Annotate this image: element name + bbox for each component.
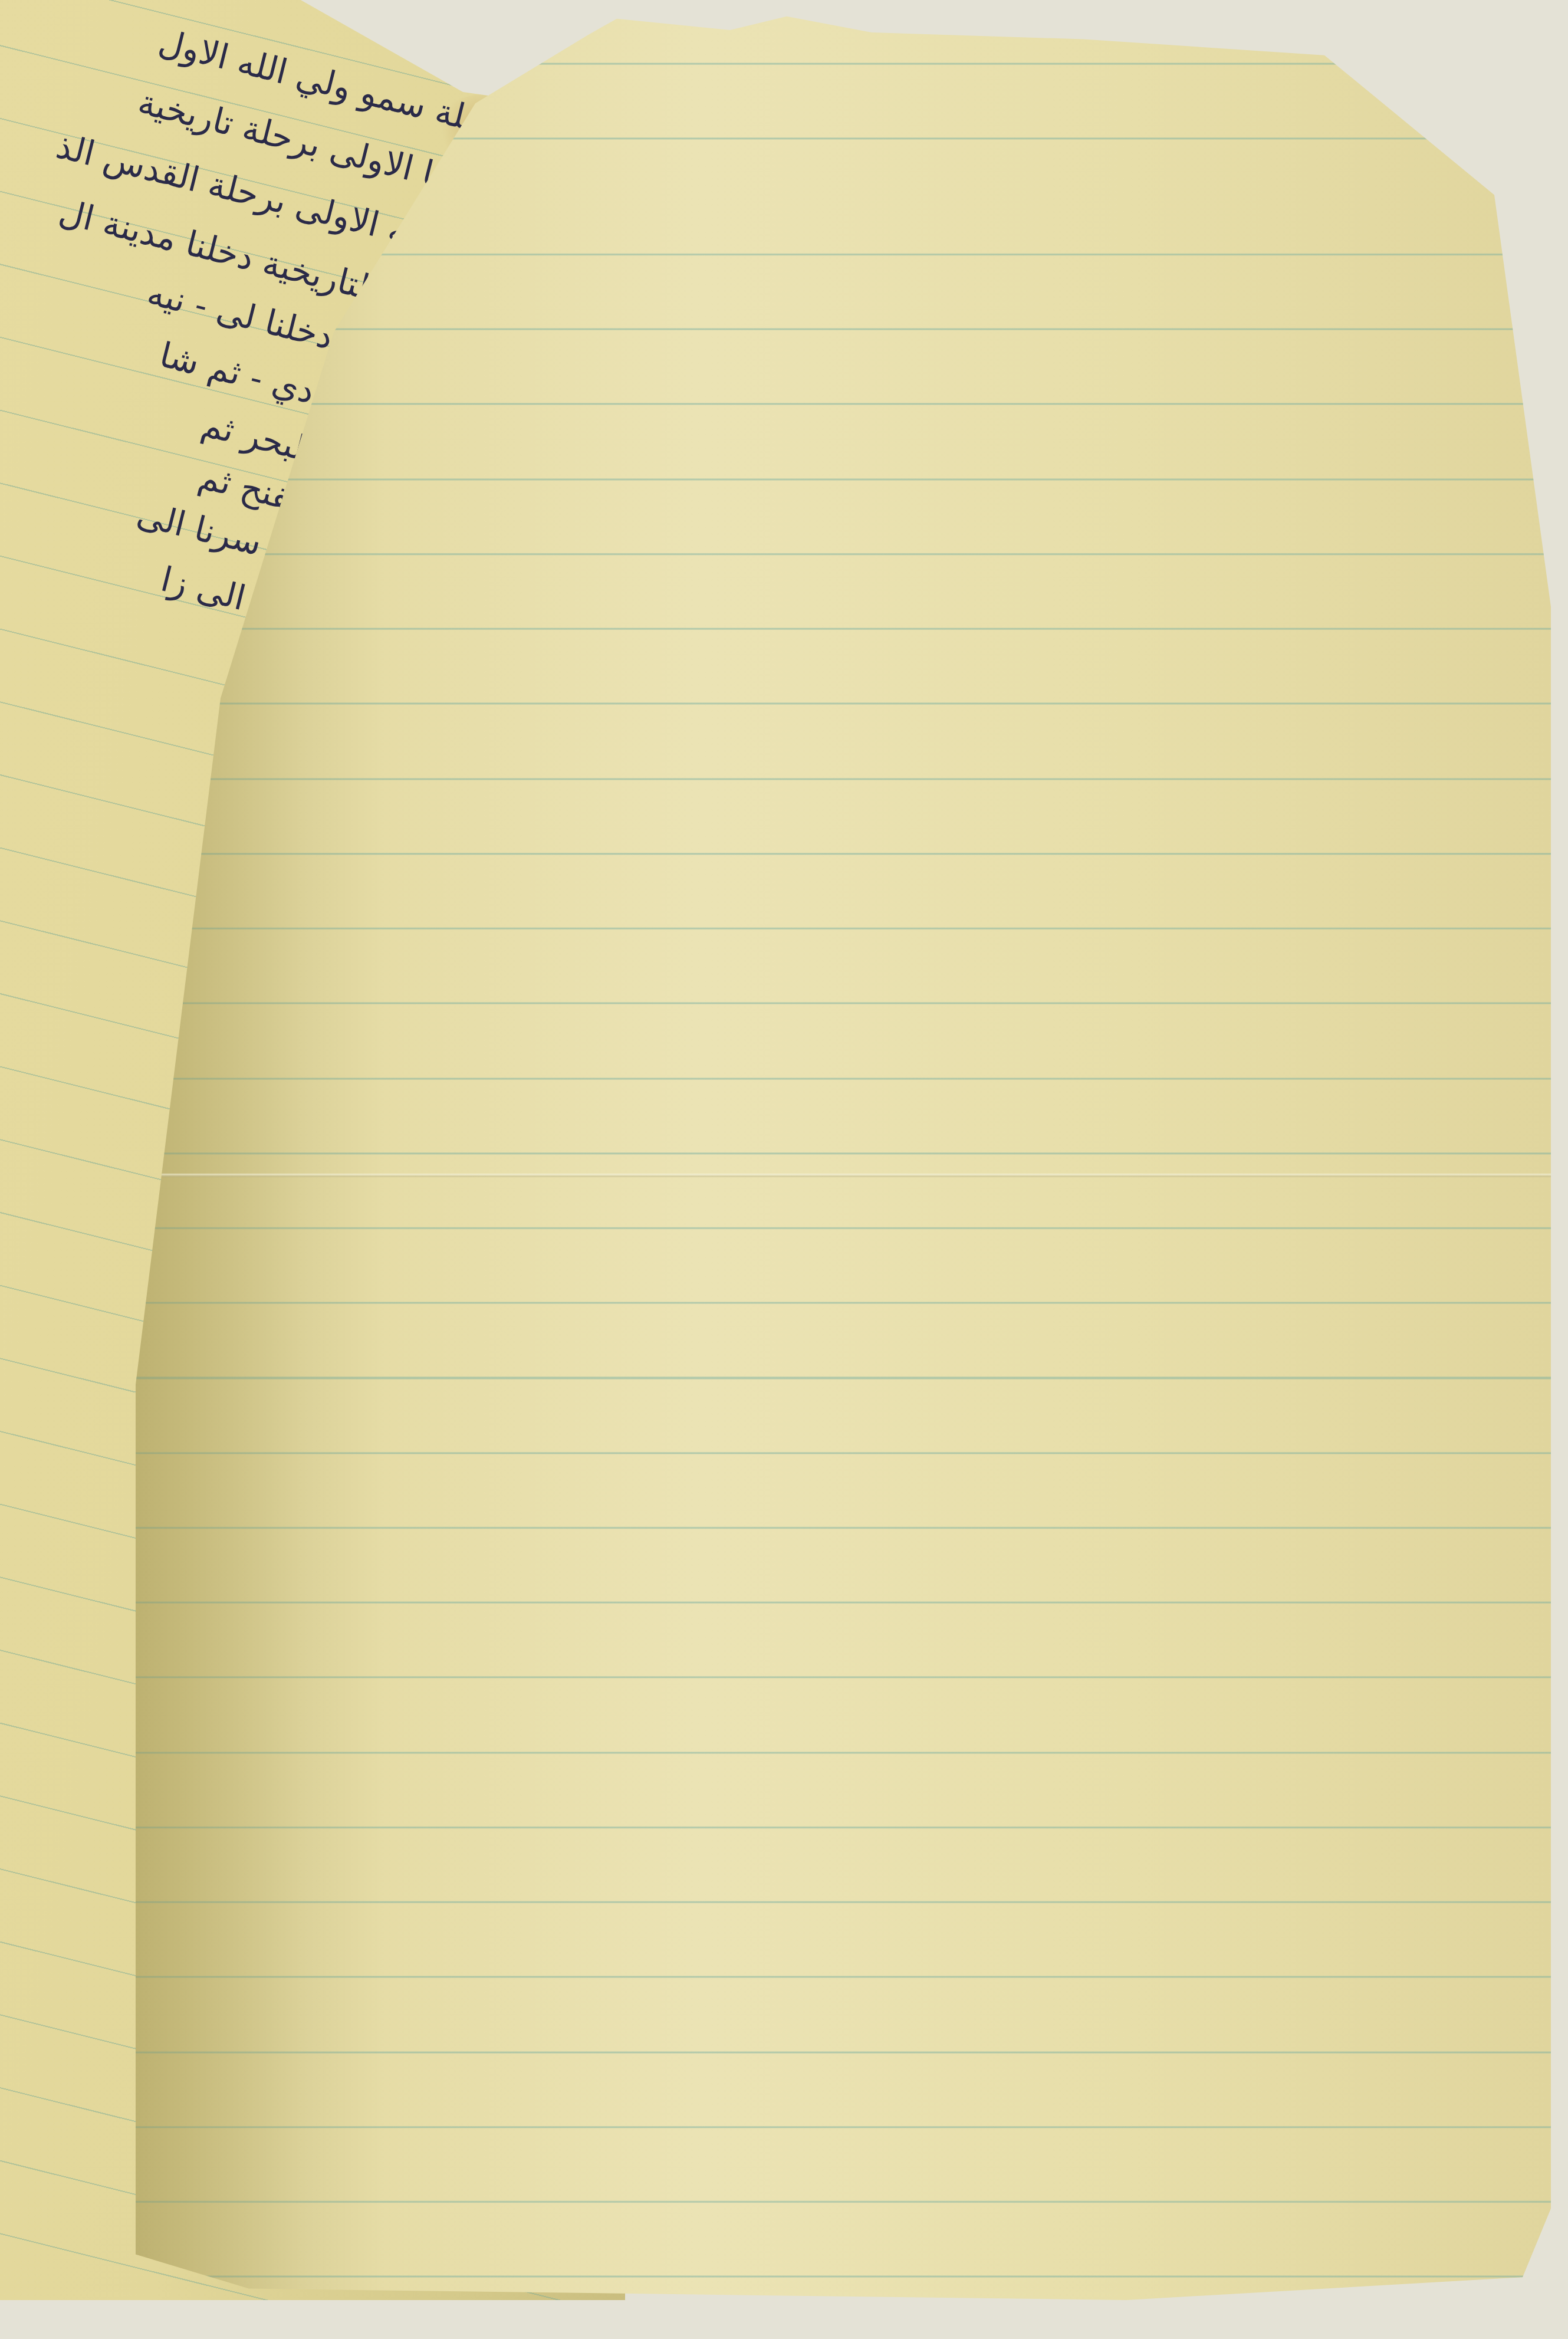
right-blank-page [136,12,1551,2300]
fold-crease [136,1174,1551,1177]
